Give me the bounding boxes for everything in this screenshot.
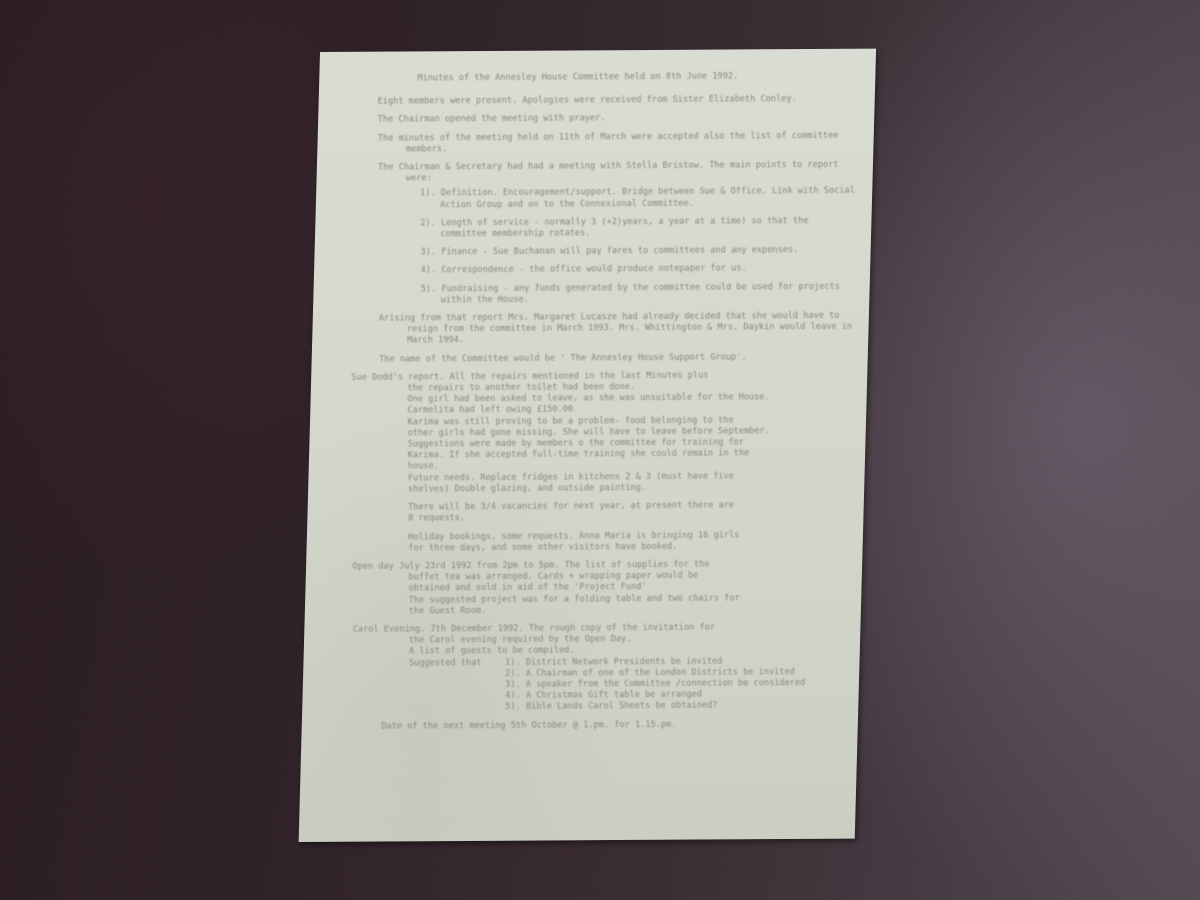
suggested-label: Suggested that — [381, 657, 505, 714]
holiday-line: for three days, and some other visitors … — [408, 540, 860, 554]
next-meeting-paragraph: Date of the next meeting 5th October @ 1… — [381, 718, 861, 732]
minutes-title: Minutes of the Annesley House Committee … — [417, 71, 857, 85]
open-day-line: the Guest Room. — [409, 603, 861, 617]
sue-report-line: shelves) Double glazing, and outside pai… — [408, 482, 860, 496]
report-point: 1). Definition. Encouragement/support. B… — [406, 186, 858, 211]
previous-minutes-paragraph: The minutes of the meeting held on 11th … — [378, 130, 858, 155]
report-point: 4). Correspondence - the office would pr… — [407, 263, 859, 277]
typewritten-page: Minutes of the Annesley House Committee … — [299, 49, 876, 842]
report-points-list: 1). Definition. Encouragement/support. B… — [378, 186, 859, 307]
opening-paragraph: The Chairman opened the meeting with pra… — [378, 112, 858, 126]
report-point: 2). Length of service - normally 3 (+2)y… — [406, 216, 858, 241]
suggestion-item: 5). Bible Lands Carol Sheets be obtained… — [505, 700, 805, 713]
carol-evening-section: Carol Evening. 7th December 1992. The ro… — [381, 622, 861, 659]
suggestions-list: 1). District Network Presidents be invit… — [505, 655, 805, 713]
suggestion-item: 3). A speaker from the Committee /connec… — [505, 678, 805, 691]
arising-paragraph: Arising from that report Mrs. Margaret L… — [379, 311, 859, 348]
vacancies-line: 8 requests. — [408, 511, 860, 525]
vacancies-paragraph: There will be 3/4 vacancies for next yea… — [408, 500, 860, 525]
suggestions-section: Suggested that 1). District Network Pres… — [381, 655, 861, 714]
open-day-section: Open day July 23rd 1992 from 2pm to 5pm.… — [380, 559, 860, 618]
report-point: 3). Finance - Sue Buchanan will pay fare… — [406, 245, 858, 259]
holiday-paragraph: Holiday bookings, some requests. Anna Ma… — [408, 529, 860, 554]
report-point: 5). Fundraising - any funds generated by… — [407, 281, 859, 306]
committee-name-paragraph: The name of the Committee would be ' The… — [379, 351, 859, 365]
report-intro-paragraph: The Chairman & Secretary had had a meeti… — [378, 160, 858, 185]
attendance-paragraph: Eight members were present. Apologies we… — [378, 94, 858, 108]
sue-report-section: Sue Dodd's report. All the repairs menti… — [379, 370, 860, 496]
minutes-content: Minutes of the Annesley House Committee … — [377, 71, 861, 740]
